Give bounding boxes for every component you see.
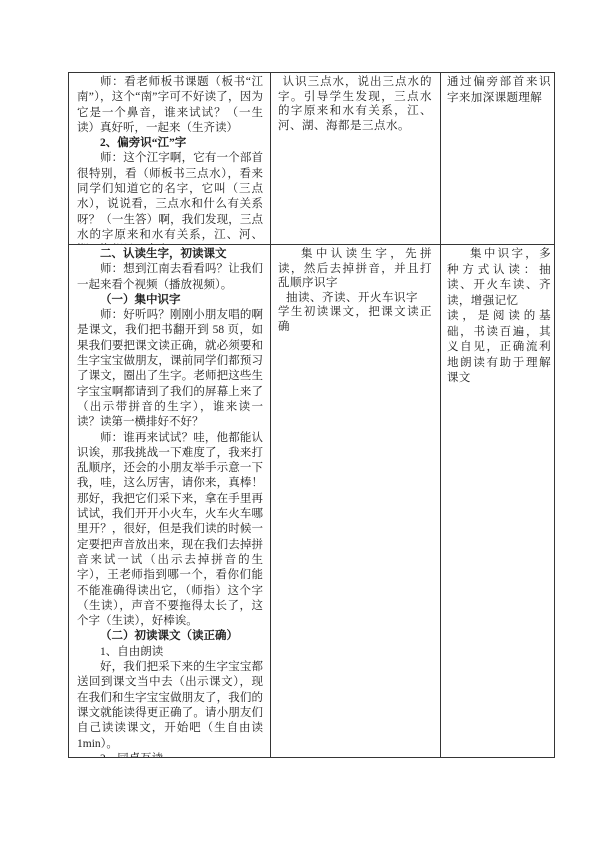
section-heading: （一）集中识字 xyxy=(77,293,263,308)
section-heading: 2、偏旁识“江”字 xyxy=(77,136,263,151)
list-subitem: 2、同桌互读 xyxy=(77,752,263,757)
teaching-process-cell-row1: 师：看老师板书课题（板书“江南”），这个“南”字可不好读了，因为它是一个鼻音，谁… xyxy=(69,73,271,245)
activity-note: 集中认读生字，先拼读，然后去掉拼音，并且打乱顺序识字 xyxy=(278,247,432,291)
teaching-process-cell-row2: 二、认读生字，初读课文 师：想到江南去看看吗？让我们一起来看个视频（播放视频）。… xyxy=(69,245,271,757)
design-intent-cell-row1: 通过偏旁部首来识字来加深课题理解 xyxy=(441,73,554,245)
student-activity-cell-row1: 认识三点水，说出三点水的字。引导学生发现，三点水的字原来和水有关系，江、河、湖、… xyxy=(271,73,441,245)
teacher-script-paragraph: 师：好听吗？刚刚小朋友唱的啊是课文，我们把书翻开到 58 页，如果我们要把课文读… xyxy=(77,308,263,430)
teacher-script-paragraph: 好，我们把采下来的生字宝宝都送回到课文当中去（出示课文），现在我们和生字宝宝做朋… xyxy=(77,660,263,752)
document-page: 师：看老师板书课题（板书“江南”），这个“南”字可不好读了，因为它是一个鼻音，谁… xyxy=(0,0,595,842)
lesson-plan-table: 师：看老师板书课题（板书“江南”），这个“南”字可不好读了，因为它是一个鼻音，谁… xyxy=(68,72,555,758)
teacher-script-paragraph: 师：这个江字啊，它有一个部首很特别，看（师板书三点水），看来同学们知道它的名字，… xyxy=(77,151,263,245)
section-heading: （二）初读课文（读正确） xyxy=(77,629,263,644)
design-note: 读，是阅读的基础，书读百遍，其义自见，正确流利地朗读有助于理解课文 xyxy=(447,309,551,387)
list-subitem: 1、自由朗读 xyxy=(77,645,263,660)
teacher-script-paragraph: 师：谁再来试试？哇，他都能认识诶，那我挑战一下难度了，我来打乱顺序，还会的小朋友… xyxy=(77,431,263,630)
activity-note: 认识三点水，说出三点水的字。引导学生发现，三点水的字原来和水有关系，江、河、湖、… xyxy=(278,75,432,133)
section-heading: 二、认读生字，初读课文 xyxy=(77,247,263,262)
student-activity-cell-row2: 集中认读生字，先拼读，然后去掉拼音，并且打乱顺序识字 抽读、齐读、开火车识字 学… xyxy=(271,245,441,757)
teacher-script-paragraph: 师：想到江南去看看吗？让我们一起来看个视频（播放视频）。 xyxy=(77,262,263,293)
teacher-script-paragraph: 师：看老师板书课题（板书“江南”），这个“南”字可不好读了，因为它是一个鼻音，谁… xyxy=(77,75,263,136)
design-intent-cell-row2: 集中识字，多种方式认读：抽读、开火车读、齐读，增强记忆 读，是阅读的基础，书读百… xyxy=(441,245,554,757)
design-note: 通过偏旁部首来识字来加深课题理解 xyxy=(447,75,551,106)
design-note: 集中识字，多种方式认读：抽读、开火车读、齐读，增强记忆 xyxy=(447,247,551,309)
activity-note: 抽读、齐读、开火车识字 xyxy=(278,291,432,306)
activity-note: 学生初读课文，把课文读正确 xyxy=(278,305,432,334)
